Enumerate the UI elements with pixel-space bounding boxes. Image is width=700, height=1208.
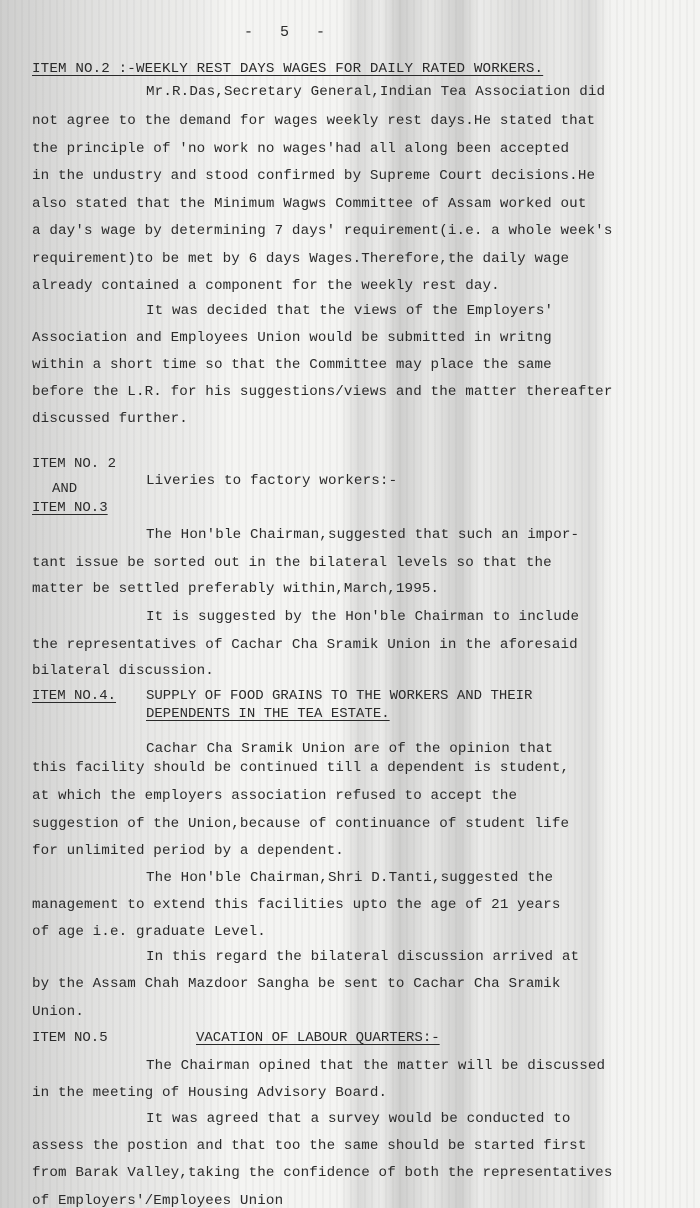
paragraph-line: of age i.e. graduate Level. xyxy=(32,923,266,941)
item2-heading: ITEM NO.2 :-WEEKLY REST DAYS WAGES FOR D… xyxy=(32,60,543,78)
paragraph-line: by the Assam Chah Mazdoor Sangha be sent… xyxy=(32,975,561,993)
item2-title: WEEKLY REST DAYS WAGES FOR DAILY RATED W… xyxy=(136,61,543,77)
paragraph-line: tant issue be sorted out in the bilatera… xyxy=(32,554,552,572)
item23-label-line3: ITEM NO.3 xyxy=(32,500,108,516)
paragraph-line: Union. xyxy=(32,1003,84,1021)
paragraph-line: suggestion of the Union,because of conti… xyxy=(32,815,569,833)
paragraph-line: Association and Employees Union would be… xyxy=(32,329,552,347)
paragraph-line: not agree to the demand for wages weekly… xyxy=(32,112,595,130)
paragraph-line: Cachar Cha Sramik Union are of the opini… xyxy=(146,740,553,758)
paragraph-line: requirement)to be met by 6 days Wages.Th… xyxy=(32,250,569,268)
paragraph-line: It was agreed that a survey would be con… xyxy=(146,1110,571,1128)
page-number: - 5 - xyxy=(244,24,325,41)
paragraph-line: this facility should be continued till a… xyxy=(32,759,569,777)
paragraph-line: bilateral discussion. xyxy=(32,662,214,680)
paragraph-line: The Hon'ble Chairman,Shri D.Tanti,sugges… xyxy=(146,869,553,887)
item4-label: ITEM NO.4. xyxy=(32,688,116,704)
paragraph-line: of Employers'/Employees Union xyxy=(32,1192,283,1208)
item4-title-line1: SUPPLY OF FOOD GRAINS TO THE WORKERS AND… xyxy=(146,688,532,704)
paragraph-line: in the meeting of Housing Advisory Board… xyxy=(32,1084,387,1102)
paragraph-line: within a short time so that the Committe… xyxy=(32,356,552,374)
item4-title-line2: DEPENDENTS IN THE TEA ESTATE. xyxy=(146,706,390,722)
paragraph-line: The Chairman opined that the matter will… xyxy=(146,1057,605,1075)
paragraph-line: a day's wage by determining 7 days' requ… xyxy=(32,222,612,240)
paragraph-line: at which the employers association refus… xyxy=(32,787,517,805)
paragraph-line: In this regard the bilateral discussion … xyxy=(146,948,579,966)
paragraph-line: in the undustry and stood confirmed by S… xyxy=(32,167,595,185)
item23-title: Liveries to factory workers:- xyxy=(146,472,397,490)
paragraph-line: It was decided that the views of the Emp… xyxy=(146,302,553,320)
paragraph-line: management to extend this facilities upt… xyxy=(32,896,561,914)
paragraph-line: matter be settled preferably within,Marc… xyxy=(32,580,439,598)
paragraph-line: discussed further. xyxy=(32,410,188,428)
paragraph-line: Mr.R.Das,Secretary General,Indian Tea As… xyxy=(146,83,605,101)
item2-label: ITEM NO.2 :- xyxy=(32,61,136,77)
paragraph-line: the principle of 'no work no wages'had a… xyxy=(32,140,569,158)
document-page: - 5 - ITEM NO.2 :-WEEKLY REST DAYS WAGES… xyxy=(0,0,700,1208)
item5-title: VACATION OF LABOUR QUARTERS:- xyxy=(196,1030,440,1046)
item23-label-line1: ITEM NO. 2 xyxy=(32,456,116,472)
paragraph-line: also stated that the Minimum Wagws Commi… xyxy=(32,195,587,213)
paragraph-line: assess the postion and that too the same… xyxy=(32,1137,587,1155)
paragraph-line: for unlimited period by a dependent. xyxy=(32,842,344,860)
paragraph-line: It is suggested by the Hon'ble Chairman … xyxy=(146,608,579,626)
paragraph-line: The Hon'ble Chairman,suggested that such… xyxy=(146,526,579,544)
paragraph-line: the representatives of Cachar Cha Sramik… xyxy=(32,636,578,654)
paragraph-line: before the L.R. for his suggestions/view… xyxy=(32,383,612,401)
paragraph-line: already contained a component for the we… xyxy=(32,277,500,295)
item5-label: ITEM NO.5 xyxy=(32,1030,108,1046)
item23-label-line2: AND xyxy=(52,481,77,497)
paragraph-line: from Barak Valley,taking the confidence … xyxy=(32,1164,612,1182)
